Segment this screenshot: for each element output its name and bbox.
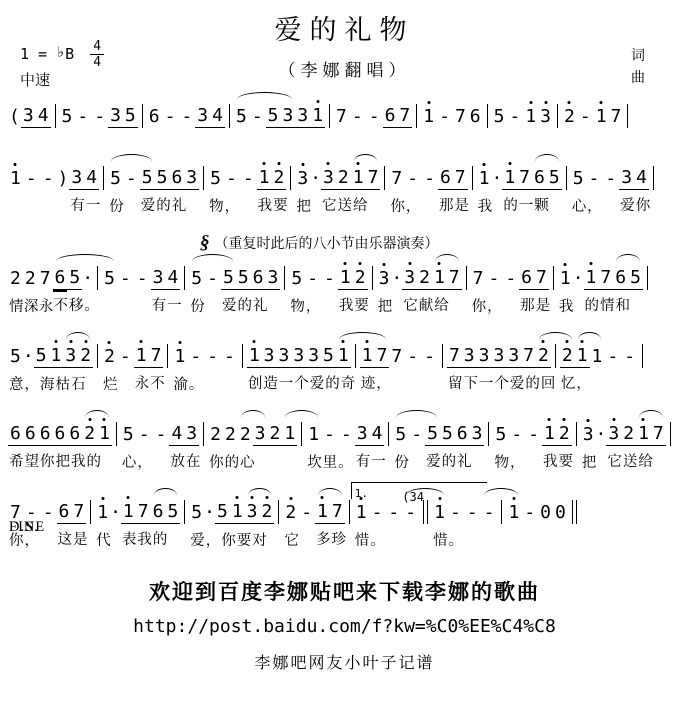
lyric: 的情和	[585, 295, 632, 317]
lyric: 我要	[258, 195, 289, 217]
notation-glyph: -	[586, 168, 603, 190]
composer-label: 曲	[631, 68, 645, 90]
music-system: §（重复时此后的八小节由乐器演奏）2情2深7永6不移。5·5--3有一45份-5…	[8, 232, 681, 296]
barline	[184, 266, 185, 290]
note: 3	[195, 105, 210, 128]
note: 6	[147, 106, 162, 128]
note: 0	[553, 502, 568, 524]
note: 3把	[377, 268, 392, 290]
note: 1	[432, 267, 447, 290]
octave-dot	[564, 263, 567, 266]
note: 2	[336, 167, 351, 190]
barline	[466, 266, 467, 290]
lyric: 我	[559, 296, 575, 318]
notation-glyph: -	[338, 424, 355, 446]
note: 6这是	[57, 501, 72, 524]
note: 5份	[189, 268, 204, 290]
note: 5	[492, 106, 507, 128]
note: 1永不	[134, 345, 149, 368]
barline	[203, 422, 204, 446]
notation-glyph: -	[204, 268, 221, 290]
slur-arc	[396, 410, 437, 419]
note: 5心，	[121, 424, 136, 446]
barline	[349, 500, 350, 524]
lyric: 你的心	[209, 452, 256, 474]
footer: 欢迎到百度李娜贴吧来下载李娜的歌曲 http://post.baidu.com/…	[0, 576, 689, 673]
note: 2	[621, 423, 636, 446]
note: 3有一	[151, 267, 166, 290]
note: 1我要	[338, 267, 353, 290]
note: 7	[136, 501, 151, 524]
note: 5	[234, 106, 249, 128]
slur-arc	[318, 488, 342, 497]
note: 7	[453, 106, 468, 128]
time-signature-bottom: 4	[90, 55, 104, 69]
music-system: 7你，--6这是71代·1表我的7655爱，你要对·51322它-1多珍71惜。…	[8, 488, 681, 530]
note: 3	[245, 501, 260, 524]
note: 7	[334, 106, 349, 128]
octave-dot	[236, 496, 239, 499]
notation-glyph: -	[74, 106, 91, 128]
barline	[284, 266, 285, 290]
note: 1	[8, 168, 23, 190]
promo-text: 欢迎到百度李娜贴吧来下载李娜的歌曲	[0, 576, 689, 606]
slur-arc	[616, 254, 640, 263]
note: 7	[389, 346, 404, 368]
note: 3	[108, 105, 123, 128]
slur-arc	[535, 154, 559, 163]
note: 3它送给	[606, 423, 621, 446]
notation-glyph: -	[91, 106, 108, 128]
notation-row: (345--356--345-53317--671-765-132-17	[8, 92, 681, 134]
notation-glyph: -	[178, 106, 195, 128]
notation-row: 1--)3有一45份-5爱的礼5635物，--1我要23把·3它送给2177你，…	[8, 154, 681, 196]
note: 1	[506, 502, 521, 524]
note: 3	[253, 423, 268, 446]
notation-glyph: -	[117, 346, 134, 368]
note: 3它献给	[402, 267, 417, 290]
lyric: 表我的	[122, 529, 169, 551]
note: 6	[53, 423, 68, 446]
lyric: 忆，	[561, 373, 592, 395]
note: 7你，	[389, 168, 404, 190]
slur-arc	[154, 488, 178, 497]
lyric: 你，	[390, 196, 421, 218]
octave-dot	[529, 101, 532, 104]
lyric: 把	[378, 296, 394, 318]
notation-glyph: -	[187, 346, 204, 368]
octave-dot	[600, 101, 603, 104]
note: 6	[251, 267, 266, 290]
lyric: 坎里。	[307, 452, 354, 474]
lyric: 深	[24, 296, 40, 318]
note: 6	[151, 501, 166, 524]
octave-dot	[327, 162, 330, 165]
barline	[355, 344, 356, 368]
note: 5	[440, 423, 455, 446]
note: 4	[165, 267, 180, 290]
note: 3爱你	[619, 167, 634, 190]
note: 6希望你把我的	[8, 423, 23, 446]
note: 7	[517, 167, 532, 190]
lyric: 它送给	[322, 195, 369, 217]
lyric: 爱，你要对	[190, 530, 268, 552]
note: 6	[169, 167, 184, 190]
notation-glyph: -	[577, 106, 594, 128]
note: 0	[538, 502, 553, 524]
note: 1	[575, 345, 590, 368]
note: 1	[523, 106, 538, 128]
octave-dot	[544, 101, 547, 104]
slur-arc	[435, 254, 459, 263]
barline	[670, 422, 671, 446]
notation-glyph: -	[40, 168, 57, 190]
barline	[203, 166, 204, 190]
note: 5物，	[493, 424, 508, 446]
note: 2	[417, 267, 432, 290]
notation-glyph: -	[385, 502, 402, 524]
note: 3	[538, 106, 553, 128]
lyric: 爱你	[620, 195, 651, 217]
slur-arc	[339, 332, 387, 341]
slur-arc	[85, 410, 109, 419]
note: 7	[71, 501, 86, 524]
note: 5	[60, 106, 75, 128]
notation-glyph: -	[162, 106, 179, 128]
double-barline: FINE	[572, 500, 577, 524]
score: (345--356--345-53317--671-765-132-171--)…	[0, 92, 689, 530]
note: 5	[321, 345, 336, 368]
note: 1	[351, 167, 366, 190]
notation-glyph: ·	[391, 268, 402, 290]
barline	[566, 166, 567, 190]
notation-row: 2情2深7永6不移。5·5--3有一45份-5爱的礼5635物，--1我要23把…	[8, 254, 681, 296]
notation-glyph: ·	[23, 346, 34, 368]
lyric: 渝。	[173, 374, 204, 396]
note: 1多珍	[315, 501, 330, 524]
octave-dot	[344, 262, 347, 265]
note: 2	[562, 106, 577, 128]
note: 5份	[393, 424, 408, 446]
lyric: 的一颗	[503, 195, 550, 217]
notation-glyph: -	[621, 346, 638, 368]
octave-dot	[612, 418, 615, 421]
note: 7	[397, 105, 412, 128]
note: 1表我的	[121, 501, 136, 524]
barline	[488, 422, 489, 446]
note: 5	[102, 268, 117, 290]
barline	[416, 104, 417, 128]
notation-glyph: -	[508, 424, 525, 446]
octave-dot	[587, 419, 590, 422]
notation-glyph: -	[249, 106, 266, 128]
note: 1迹，	[360, 345, 375, 368]
barline	[372, 266, 373, 290]
tempo-marking: 中速	[20, 69, 50, 90]
lyric: 我	[478, 196, 494, 218]
note: 5爱的礼	[140, 167, 155, 190]
barline	[97, 344, 98, 368]
notation-glyph: -(34	[402, 502, 419, 524]
barline	[472, 166, 473, 190]
barline	[55, 104, 56, 128]
time-signature-top: 4	[90, 40, 104, 55]
note: 5份	[108, 168, 123, 190]
barline	[184, 500, 185, 524]
notation-glyph: ·	[596, 424, 607, 446]
notation-glyph: -	[23, 168, 40, 190]
barline	[229, 104, 230, 128]
notation-glyph: -	[604, 346, 621, 368]
lyric: 留下一个爱的回	[448, 373, 557, 395]
slur-arc	[406, 488, 444, 497]
lyric: 烂	[103, 374, 119, 396]
note: 7	[375, 345, 390, 368]
notation-glyph: -	[321, 424, 338, 446]
note: 7永	[38, 268, 53, 290]
note: 6	[613, 267, 628, 290]
note: 2	[557, 423, 572, 446]
note: 1的情和	[584, 267, 599, 290]
note: 6	[468, 106, 483, 128]
note: 2	[272, 167, 287, 190]
note: 7	[651, 423, 666, 446]
note: 5爱的礼	[425, 423, 440, 446]
notation-glyph: -	[204, 346, 221, 368]
note: 5	[266, 105, 281, 128]
octave-dot	[101, 497, 104, 500]
key-letter: B	[65, 45, 74, 63]
note: 4	[210, 105, 225, 128]
lyric: 我要	[339, 295, 370, 317]
octave-dot	[263, 162, 266, 165]
lyric: 那是	[439, 195, 470, 217]
note: 3把	[581, 424, 596, 446]
notation-glyph: -	[369, 502, 386, 524]
note: 6那是	[519, 267, 534, 290]
notation-glyph: -	[223, 168, 240, 190]
notation-row: 7你，--6这是71代·1表我的7655爱，你要对·51322它-1多珍71惜。…	[8, 488, 681, 530]
barline	[557, 104, 558, 128]
note: 3	[477, 345, 492, 368]
note: 3	[295, 105, 310, 128]
barline	[487, 104, 488, 128]
note: 3	[184, 167, 199, 190]
lyric: 希望你把我的	[9, 451, 102, 473]
barline	[329, 104, 330, 128]
note: 1	[590, 346, 605, 368]
note: 6那是	[438, 167, 453, 190]
notation-glyph: -	[485, 268, 502, 290]
lyric: 那是	[520, 295, 551, 317]
octave-dot	[408, 262, 411, 265]
note: 3	[21, 105, 36, 128]
lyric: 代	[96, 530, 112, 552]
note: 1	[310, 105, 325, 128]
octave-dot	[382, 263, 385, 266]
note: 4	[370, 423, 385, 446]
lyric: 放在	[170, 451, 201, 473]
octave-dot	[301, 163, 304, 166]
notation-glyph: -	[404, 346, 421, 368]
notation-glyph: )	[57, 168, 70, 190]
notation-glyph: -	[481, 502, 498, 524]
lyric: 它	[284, 530, 300, 552]
notation-glyph: (	[8, 106, 21, 128]
notation-glyph: -	[136, 424, 153, 446]
note: 3	[63, 345, 78, 368]
note: 5	[34, 345, 49, 368]
note: 1惜。1.	[354, 502, 369, 524]
barline	[278, 500, 279, 524]
note: 7留下一个爱的回	[447, 345, 462, 368]
note: 5	[547, 167, 562, 190]
lyric: 物，	[494, 452, 525, 474]
lyric: 爱的礼	[222, 295, 269, 317]
octave-dot	[54, 340, 57, 343]
lyric: 永不	[135, 373, 166, 395]
lyric: 把	[582, 452, 598, 474]
segno-annotation: §（重复时此后的八小节由乐器演奏）	[8, 232, 681, 254]
note: 7	[598, 267, 613, 290]
music-system: (345--356--345-53317--671-765-132-17	[8, 92, 681, 134]
notation-glyph: -	[240, 168, 257, 190]
notation-glyph: -	[464, 502, 481, 524]
note: 1	[336, 345, 351, 368]
lyric: 把	[296, 196, 312, 218]
note: 2	[82, 423, 97, 446]
note: 3	[281, 105, 296, 128]
octave-dot	[589, 262, 592, 265]
slur-arc	[248, 488, 272, 497]
note: 5心，	[571, 168, 586, 190]
slur-arc	[111, 154, 152, 163]
barline	[97, 266, 98, 290]
note: 1惜。	[432, 502, 447, 524]
notation-glyph: -	[298, 502, 315, 524]
barline	[388, 422, 389, 446]
note: 6	[23, 423, 38, 446]
note: 1	[421, 106, 436, 128]
notation-glyph: ·	[110, 502, 121, 524]
note: 1	[97, 423, 112, 446]
notation-glyph: -	[502, 268, 519, 290]
note: 3把	[295, 168, 310, 190]
barline	[501, 500, 502, 524]
note: 3	[291, 345, 306, 368]
slur-arc	[539, 332, 572, 341]
note: 7	[521, 345, 536, 368]
notation-glyph: -	[321, 268, 338, 290]
barline	[103, 166, 104, 190]
transcriber-credit: 李娜吧网友小叶子记谱	[0, 650, 689, 673]
notation-glyph: -	[506, 106, 523, 128]
note: 3	[462, 345, 477, 368]
lyric: 你，	[472, 296, 503, 318]
note: 5	[165, 501, 180, 524]
note: 2烂	[102, 346, 117, 368]
lyric: 迹，	[361, 373, 392, 395]
octave-dot	[277, 162, 280, 165]
barline	[142, 104, 143, 128]
notation-glyph: -	[304, 268, 321, 290]
octave-dot	[289, 497, 292, 500]
notation-glyph: -	[408, 424, 425, 446]
note: 2	[238, 424, 253, 446]
note: 6	[455, 423, 470, 446]
barline	[647, 266, 648, 290]
note: 2情	[8, 268, 23, 290]
note: 6	[38, 423, 53, 446]
notation-glyph: -	[602, 168, 619, 190]
note: 3	[470, 423, 485, 446]
octave-dot	[427, 101, 430, 104]
slur-arc	[484, 488, 518, 497]
lyric: 永	[39, 296, 55, 318]
note: 1我	[558, 268, 573, 290]
note: 3	[491, 345, 506, 368]
octave-dot	[483, 163, 486, 166]
barline	[576, 422, 577, 446]
note: 7	[366, 167, 381, 190]
lyric: 有一	[70, 195, 101, 217]
octave-dot	[438, 497, 441, 500]
slur-arc	[192, 254, 233, 263]
note: 1	[636, 423, 651, 446]
lyric: 物，	[290, 296, 321, 318]
notation-glyph: -	[349, 106, 366, 128]
note: 5物，	[208, 168, 223, 190]
slur-arc	[66, 332, 90, 341]
key-prefix: 1 =	[20, 45, 56, 63]
lyric: 不移。	[54, 295, 101, 317]
octave-dot	[548, 418, 551, 421]
sheet-header: 爱的礼物 （李娜翻唱） 1 = ♭B 44 中速 词 曲	[0, 0, 689, 92]
lyric: 它送给	[607, 451, 654, 473]
lyric: 份	[109, 196, 125, 218]
note: 6	[532, 167, 547, 190]
barline	[90, 500, 91, 524]
notation-glyph: ·	[491, 168, 502, 190]
tieba-url: http://post.baidu.com/f?kw=%C0%EE%C4%C8	[0, 616, 689, 637]
note: 3	[262, 345, 277, 368]
octave-dot	[140, 340, 143, 343]
notation-glyph: -	[421, 346, 438, 368]
lyric: 心，	[122, 452, 153, 474]
note: 1坎里。	[306, 424, 321, 446]
notation-glyph: -	[525, 424, 542, 446]
octave-dot	[563, 418, 566, 421]
credits: 词 曲	[631, 46, 645, 89]
note: 2你的心	[208, 424, 223, 446]
note: 1的一颗	[502, 167, 517, 190]
lyric: 心，	[572, 196, 603, 218]
notation-glyph: -	[221, 346, 238, 368]
note: 2	[536, 345, 551, 368]
note: 7	[609, 106, 624, 128]
slur-arc	[237, 92, 292, 101]
note: 1代	[95, 502, 110, 524]
lyric: 创造一个爱的奇	[248, 373, 357, 395]
note: 4放在	[169, 423, 184, 446]
note: 3有一	[69, 167, 84, 190]
notation-glyph: -	[521, 502, 538, 524]
note: 7	[447, 267, 462, 290]
note: 5	[236, 267, 251, 290]
note: 5物，	[289, 268, 304, 290]
note: 3	[184, 423, 199, 446]
notation-glyph: -	[123, 168, 140, 190]
